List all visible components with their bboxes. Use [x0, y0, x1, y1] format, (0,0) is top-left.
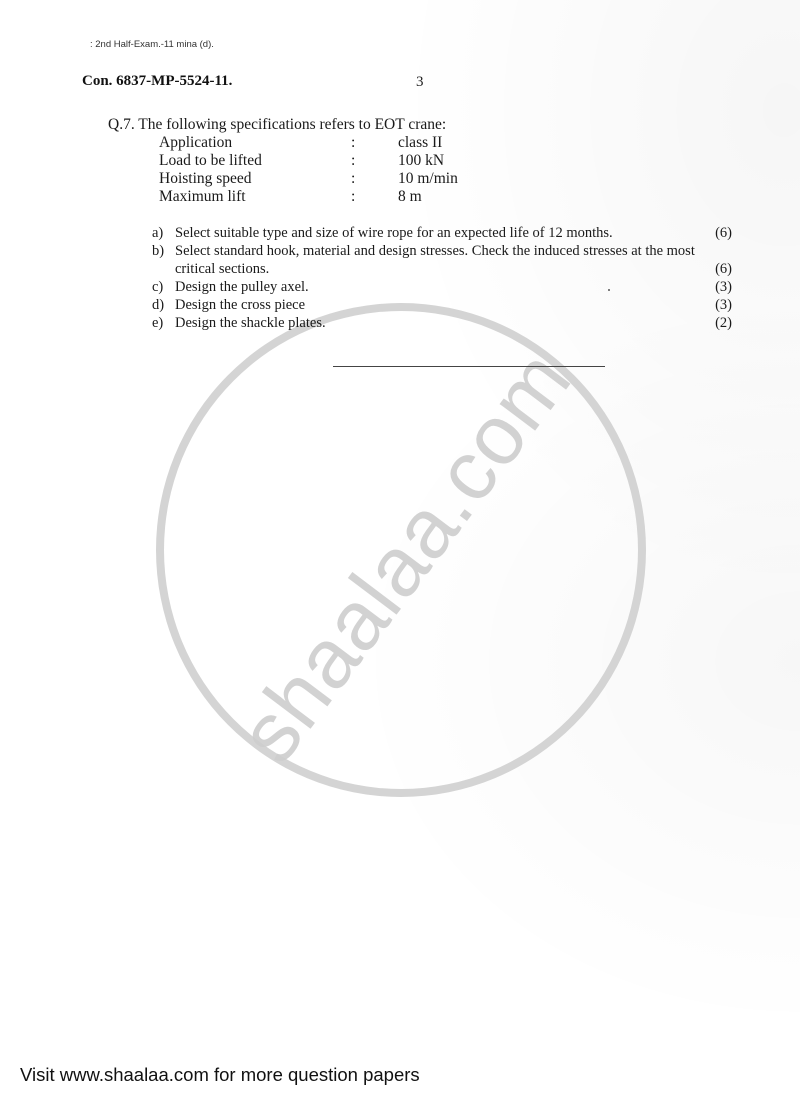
sub-question-list: a) Select suitable type and size of wire…: [152, 224, 732, 332]
sub-question-letter: c): [152, 278, 163, 296]
spec-value: 100 kN: [398, 152, 444, 170]
spec-value: class II: [398, 134, 442, 152]
spec-separator: :: [351, 170, 355, 188]
spec-value: 8 m: [398, 188, 422, 206]
exam-tag: : 2nd Half-Exam.-11 mina (d).: [90, 39, 214, 50]
spec-label: Maximum lift: [159, 188, 246, 206]
sub-question-text: Select standard hook, material and desig…: [175, 242, 704, 278]
sub-question-letter: d): [152, 296, 164, 314]
scan-speck: [608, 289, 610, 291]
sub-question-marks: (3): [715, 296, 732, 314]
end-of-paper-divider: [333, 366, 605, 367]
sub-question-e: e) Design the shackle plates. (2): [152, 314, 732, 332]
sub-question-marks: (6): [715, 260, 732, 278]
spec-separator: :: [351, 152, 355, 170]
sub-question-a: a) Select suitable type and size of wire…: [152, 224, 732, 242]
sub-question-text: Design the shackle plates.: [175, 314, 704, 332]
sub-question-text: Design the pulley axel.: [175, 278, 704, 296]
spec-label: Load to be lifted: [159, 152, 262, 170]
question-title: Q.7. The following specifications refers…: [108, 116, 446, 134]
sub-question-text: Design the cross piece: [175, 296, 704, 314]
footer-promo-text: Visit www.shaalaa.com for more question …: [20, 1064, 420, 1086]
sub-question-marks: (2): [715, 314, 732, 332]
sub-question-marks: (3): [715, 278, 732, 296]
page-number: 3: [416, 74, 424, 91]
spec-value: 10 m/min: [398, 170, 458, 188]
sub-question-letter: a): [152, 224, 163, 242]
watermark-text: shaalaa.com: [220, 332, 591, 780]
spec-separator: :: [351, 188, 355, 206]
spec-separator: :: [351, 134, 355, 152]
sub-question-letter: e): [152, 314, 163, 332]
sub-question-marks: (6): [715, 224, 732, 242]
sub-question-letter: b): [152, 242, 164, 260]
sub-question-text: Select suitable type and size of wire ro…: [175, 224, 704, 242]
sub-question-c: c) Design the pulley axel. (3): [152, 278, 732, 296]
spec-label: Application: [159, 134, 232, 152]
spec-label: Hoisting speed: [159, 170, 252, 188]
watermark-circle: [156, 303, 646, 797]
sub-question-d: d) Design the cross piece (3): [152, 296, 732, 314]
paper-code: Con. 6837-MP-5524-11.: [82, 73, 232, 90]
sub-question-b: b) Select standard hook, material and de…: [152, 242, 732, 278]
